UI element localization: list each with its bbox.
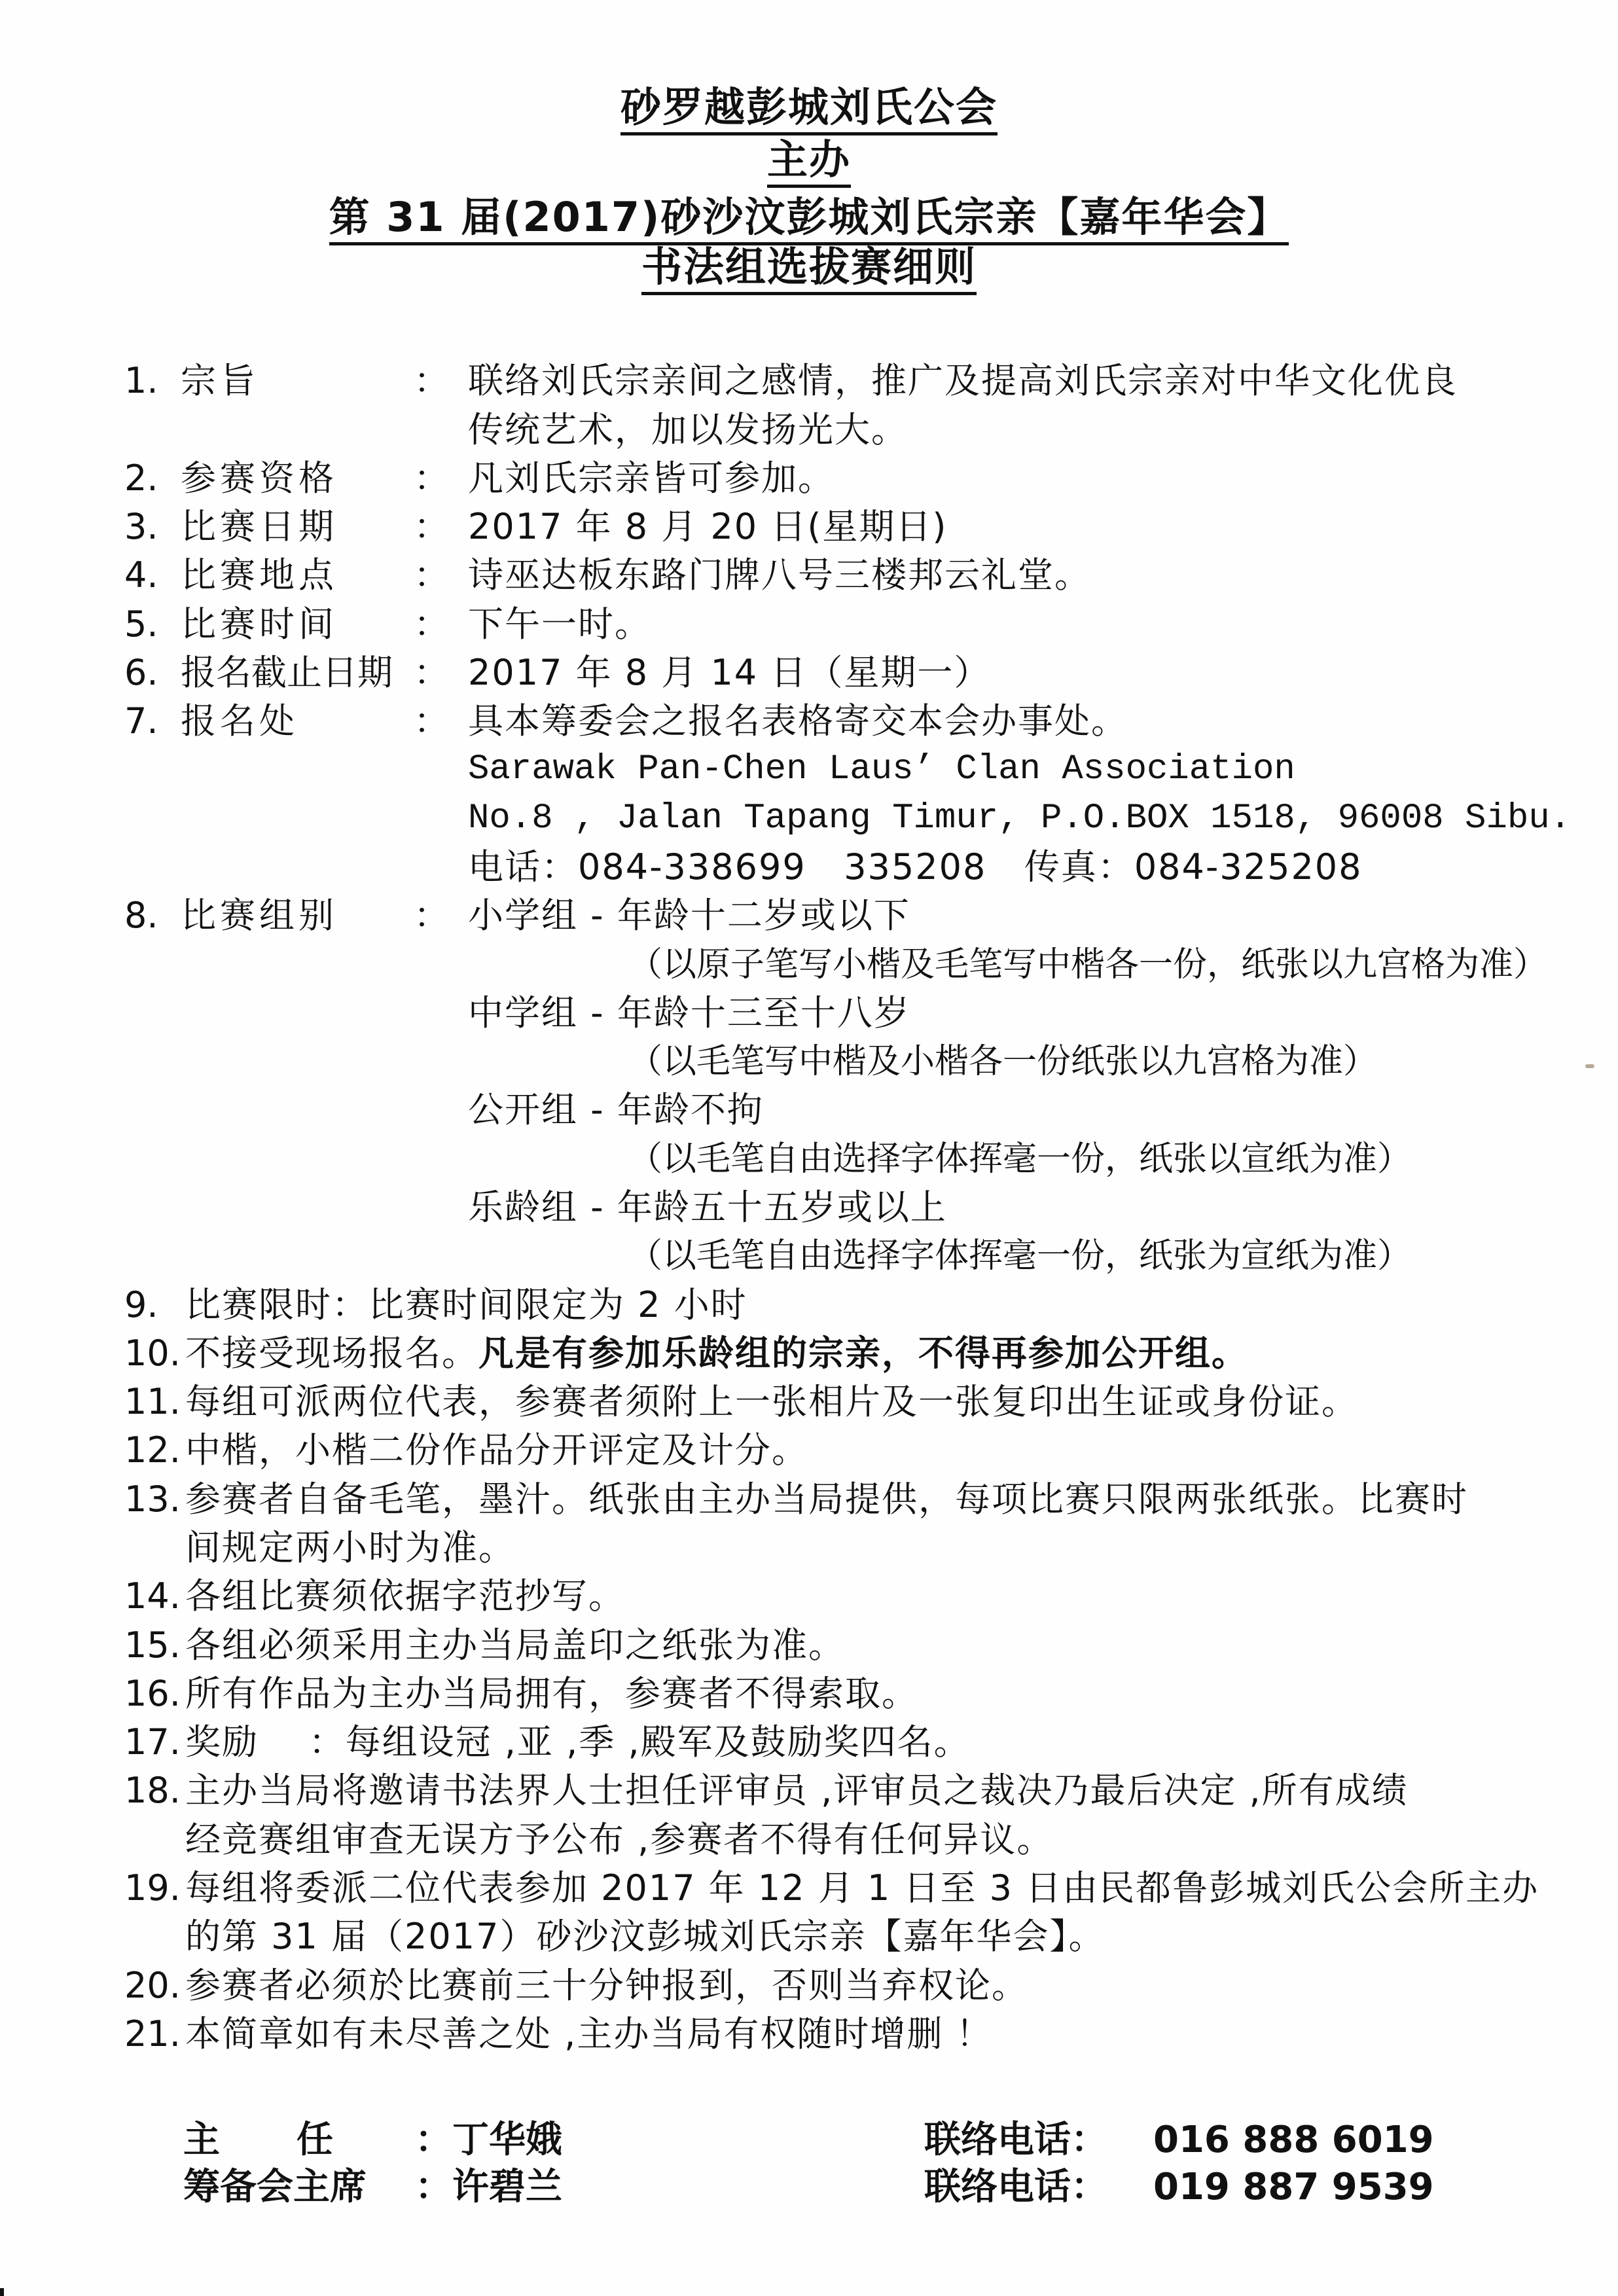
group-secondary-note: （以毛笔写中楷及小楷各一份纸张以九宫格为准） [628, 1042, 1377, 1081]
item-text-bold: 凡是有参加乐龄组的宗亲，不得再参加公开组。 [478, 1333, 1248, 1374]
phone-number: 019 887 9539 [1153, 2168, 1434, 2207]
event-title: 第 31 届(2017)砂沙汶彭城刘氏宗亲【嘉年华会】 [0, 194, 1618, 245]
item-number: 18. [124, 1771, 181, 1810]
item-label: 参赛资格 [181, 459, 338, 498]
item-number: 10. [124, 1334, 181, 1373]
group-senior: 乐龄组 - 年龄五十五岁或以上 [468, 1188, 947, 1227]
role-colon: ： [415, 2168, 452, 2207]
item-number: 11. [124, 1382, 181, 1422]
item-number: 2. [124, 459, 158, 498]
item-content-line: 传统艺术，加以发扬光大。 [468, 410, 908, 450]
org-title: 砂罗越彭城刘氏公会 [0, 84, 1618, 135]
item-number: 17. [124, 1723, 181, 1762]
item-colon: ： [414, 653, 449, 692]
phone-label: 联络电话： [924, 2168, 1107, 2207]
subtitle: 书法组选拔赛细则 [0, 243, 1618, 295]
person-name: 许碧兰 [452, 2168, 562, 2207]
item-number: 7. [124, 702, 158, 741]
item-text: 每组将委派二位代表参加 2017 年 12 月 1 日至 3 日由民都鲁彭城刘氏… [185, 1869, 1539, 1908]
item-colon: ： [414, 507, 449, 547]
item-text: 每组可派两位代表，参赛者须附上一张相片及一张复印出生证或身份证。 [185, 1382, 1358, 1422]
item-text: 主办当局将邀请书法界人士担任评审员 ,评审员之裁决乃最后决定 ,所有成绩 [185, 1771, 1409, 1810]
host-title: 主办 [0, 136, 1618, 188]
role-colon: ： [415, 2121, 452, 2160]
item-text-regular: 不接受现场报名。 [185, 1333, 478, 1374]
phone-label: 联络电话： [924, 2121, 1107, 2160]
item-content-line: 联络刘氏宗亲间之感情，推广及提高刘氏宗亲对中华文化优良 [468, 361, 1458, 401]
item-content-line: 2017 年 8 月 14 日（星期一） [468, 653, 990, 692]
item-content-line: 下午一时。 [468, 605, 651, 644]
item-text-continued: 间规定两小时为准。 [185, 1528, 515, 1568]
item-number: 15. [124, 1626, 181, 1665]
item-text: 中楷，小楷二份作品分开评定及计分。 [185, 1431, 808, 1470]
item-text: 比赛限时：比赛时间限定为 2 小时 [185, 1285, 747, 1325]
item-colon: ： [414, 556, 449, 595]
group-senior-note: （以毛笔自由选择字体挥毫一份，纸张为宣纸为准） [628, 1236, 1411, 1276]
item-number: 9. [124, 1285, 158, 1325]
item-label: 比赛时间 [181, 605, 338, 644]
item-number: 20. [124, 1966, 181, 2005]
item-number: 5. [124, 605, 158, 644]
org-title-text: 砂罗越彭城刘氏公会 [620, 84, 998, 135]
item-content-line: 凡刘氏宗亲皆可参加。 [468, 459, 835, 498]
item-text: 各组比赛须依据字范抄写。 [185, 1577, 625, 1616]
item-number: 3. [124, 507, 158, 547]
item-text-continued: 的第 31 届（2017）砂沙汶彭城刘氏宗亲【嘉年华会】。 [185, 1917, 1105, 1956]
item-text: 不接受现场报名。凡是有参加乐龄组的宗亲，不得再参加公开组。 [185, 1334, 1248, 1373]
item-label: 报名截止日期 [181, 653, 393, 692]
phone-number: 016 888 6019 [1153, 2121, 1434, 2160]
group-primary: 小学组 - 年龄十二岁或以下 [468, 896, 910, 935]
item-text: 所有作品为主办当局拥有，参赛者不得索取。 [185, 1674, 918, 1713]
event-title-text: 第 31 届(2017)砂沙汶彭城刘氏宗亲【嘉年华会】 [329, 194, 1289, 245]
group-open-note: （以毛笔自由选择字体挥毫一份，纸张以宣纸为准） [628, 1139, 1411, 1179]
host-title-text: 主办 [767, 136, 851, 188]
item-colon: ： [414, 459, 449, 498]
association-phone-fax: 电话：084-338699 335208 传真：084-325208 [468, 848, 1363, 887]
scan-speck [1585, 1064, 1594, 1068]
item-colon: ： [414, 361, 449, 401]
scan-edge-mark [0, 2288, 4, 2296]
item-number: 6. [124, 653, 158, 692]
item-label: 比赛地点 [181, 556, 338, 595]
item-label: 报名处 [181, 702, 298, 741]
item-colon: ： [414, 702, 449, 741]
item-text: 参赛者必须於比赛前三十分钟报到，否则当弃权论。 [185, 1966, 1028, 2005]
item-content-line: 诗巫达板东路门牌八号三楼邦云礼堂。 [468, 556, 1091, 595]
item-colon: ： [414, 605, 449, 644]
item-number: 21. [124, 2015, 181, 2054]
item-number: 16. [124, 1674, 181, 1713]
group-open: 公开组 - 年龄不拘 [468, 1090, 764, 1130]
item-text: 各组必须采用主办当局盖印之纸张为准。 [185, 1626, 845, 1665]
item-number: 13. [124, 1480, 181, 1519]
item-number: 4. [124, 556, 158, 595]
subtitle-text: 书法组选拔赛细则 [641, 243, 977, 295]
item-text-continued: 经竞赛组审查无误方予公布 ,参赛者不得有任何异议。 [185, 1820, 1053, 1859]
item-content-line: 具本筹委会之报名表格寄交本会办事处。 [468, 702, 1128, 741]
item-label: 比赛日期 [181, 507, 338, 547]
item-number: 14. [124, 1577, 181, 1616]
role-label: 主 任 [183, 2121, 333, 2160]
document-page: 砂罗越彭城刘氏公会 主办 第 31 届(2017)砂沙汶彭城刘氏宗亲【嘉年华会】… [0, 0, 1618, 2296]
role-label: 筹备会主席 [183, 2168, 367, 2207]
item-content-line: 2017 年 8 月 20 日(星期日) [468, 507, 947, 547]
association-address: No.8 , Jalan Tapang Timur, P.O.BOX 1518,… [468, 799, 1571, 838]
item-text: 参赛者自备毛笔，墨汁。纸张由主办当局提供，每项比赛只限两张纸张。比赛时 [185, 1480, 1468, 1519]
item-text: 本简章如有未尽善之处 ,主办当局有权随时增删 ！ [185, 2015, 993, 2054]
item-label: 宗旨 [181, 361, 259, 401]
item-text: 奖励 ：每组设冠 ,亚 ,季 ,殿军及鼓励奖四名。 [185, 1723, 971, 1762]
item-number: 8. [124, 896, 158, 935]
association-name: Sarawak Pan-Chen Laus’ Clan Association [468, 750, 1295, 789]
item-number: 19. [124, 1869, 181, 1908]
item-label: 比赛组别 [181, 896, 338, 935]
item-colon: ： [414, 896, 449, 935]
person-name: 丁华娥 [452, 2121, 562, 2160]
item-number: 1. [124, 361, 158, 401]
group-primary-note: （以原子笔写小楷及毛笔写中楷各一份，纸张以九宫格为准） [628, 945, 1547, 984]
item-number: 12. [124, 1431, 181, 1470]
group-secondary: 中学组 - 年龄十三至十八岁 [468, 994, 910, 1033]
